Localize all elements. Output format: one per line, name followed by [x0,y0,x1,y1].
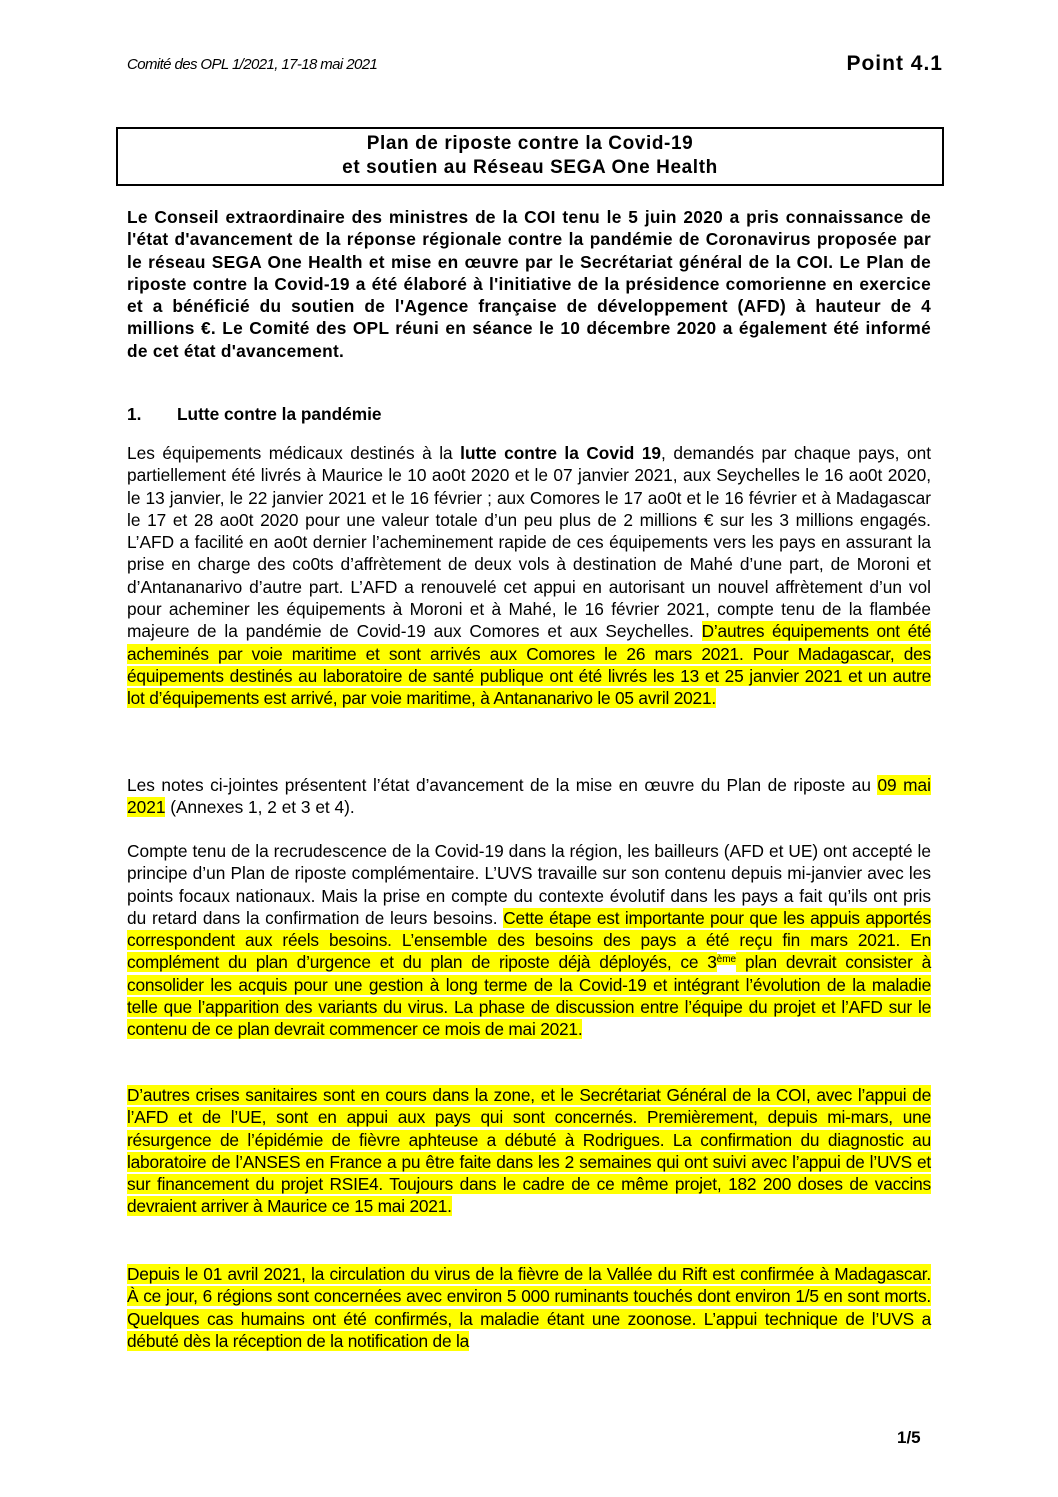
title-line-2: et soutien au Réseau SEGA One Health [118,156,942,180]
p1-text-b: , demandés par chaque pays, ont partiell… [127,443,931,641]
paragraph-rift-valley: Depuis le 01 avril 2021, la circulation … [127,1263,931,1352]
section-number: 1. [127,403,177,425]
paragraph-other-crises: D’autres crises sanitaires sont en cours… [127,1084,931,1218]
page-number: 1/5 [897,1428,921,1448]
paragraph-annexes: Les notes ci-jointes présentent l’état d… [127,774,931,819]
p1-text-a: Les équipements médicaux destinés à la [127,443,460,463]
p3-superscript: ème [717,954,736,965]
document-title-box: Plan de riposte contre la Covid-19 et so… [116,127,944,186]
agenda-point: Point 4.1 [846,52,943,76]
section-title: Lutte contre la pandémie [177,404,382,424]
p2-text-b: (Annexes 1, 2 et 3 et 4). [165,797,354,817]
intro-text: Le Conseil extraordinaire des ministres … [127,206,931,362]
p1-bold-phrase: lutte contre la Covid 19 [460,443,661,463]
paragraph-complementary-plan: Compte tenu de la recrudescence de la Co… [127,840,931,1041]
p5-highlighted-text: Depuis le 01 avril 2021, la circulation … [127,1264,931,1351]
section-heading: 1.Lutte contre la pandémie [127,403,931,425]
intro-paragraph: Le Conseil extraordinaire des ministres … [127,206,931,362]
p4-highlighted-text: D’autres crises sanitaires sont en cours… [127,1085,931,1216]
paragraph-equipment: Les équipements médicaux destinés à la l… [127,442,931,710]
meeting-reference: Comité des OPL 1/2021, 17-18 mai 2021 [127,56,377,73]
title-line-1: Plan de riposte contre la Covid-19 [118,132,942,156]
p2-text-a: Les notes ci-jointes présentent l’état d… [127,775,877,795]
